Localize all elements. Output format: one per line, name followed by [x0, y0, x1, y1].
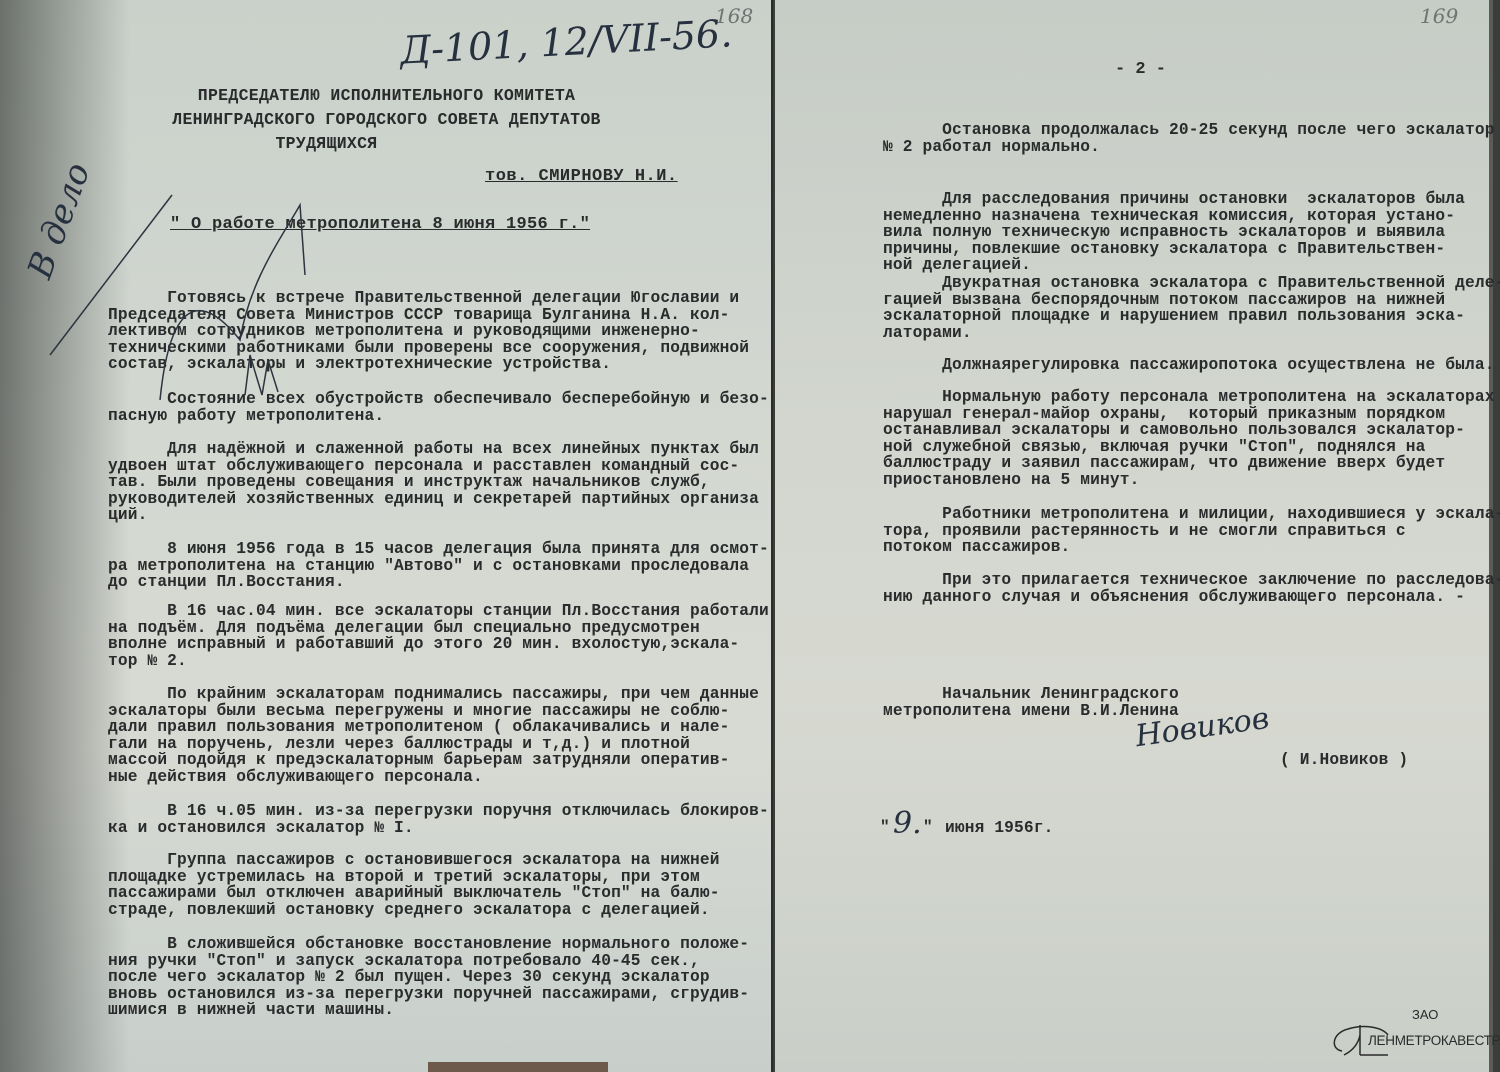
date-quote-close: ": [923, 818, 933, 836]
signature-title: Начальник Ленинградского метрополитена и…: [883, 686, 1179, 719]
watermark-line-1: ЗАО: [1412, 1007, 1438, 1022]
folio-number: 169: [1420, 4, 1458, 28]
paragraph: Двукратная остановка эскалатора с Правит…: [883, 275, 1500, 341]
signatory-name: ( И.Новиков ): [1280, 752, 1408, 769]
paragraph: Работники метрополитена и милиции, наход…: [883, 506, 1500, 556]
paragraph: Должнаярегулировка пассажиропотока осуще…: [883, 357, 1495, 374]
paragraph: Нормальную работу персонала метрополитен…: [883, 389, 1495, 488]
pen-strokes-icon: [0, 0, 773, 1072]
paragraph: Для расследования причины остановки эска…: [883, 191, 1465, 274]
watermark-logo: ЗАО ЛЕНМЕТРОКАВЕСТРАНС: [1330, 1005, 1500, 1065]
left-page: 168 Д-101, 12/VII-56. В дело ПРЕДСЕДАТЕЛ…: [0, 0, 773, 1072]
paragraph: Остановка продолжалась 20-25 секунд посл…: [883, 122, 1495, 155]
right-page: 169 - 2 - Остановка продолжалась 20-25 с…: [775, 0, 1493, 1072]
paragraph: При это прилагается техническое заключен…: [883, 572, 1500, 605]
date-quote-open: ": [880, 818, 890, 836]
binder-tab: [428, 1062, 608, 1072]
watermark-line-2: ЛЕНМЕТРОКАВЕСТРАНС: [1368, 1033, 1500, 1048]
page-marker: - 2 -: [1115, 60, 1166, 79]
handwritten-date-day: 9.: [893, 806, 922, 841]
document-date: июня 1956г.: [945, 820, 1054, 837]
